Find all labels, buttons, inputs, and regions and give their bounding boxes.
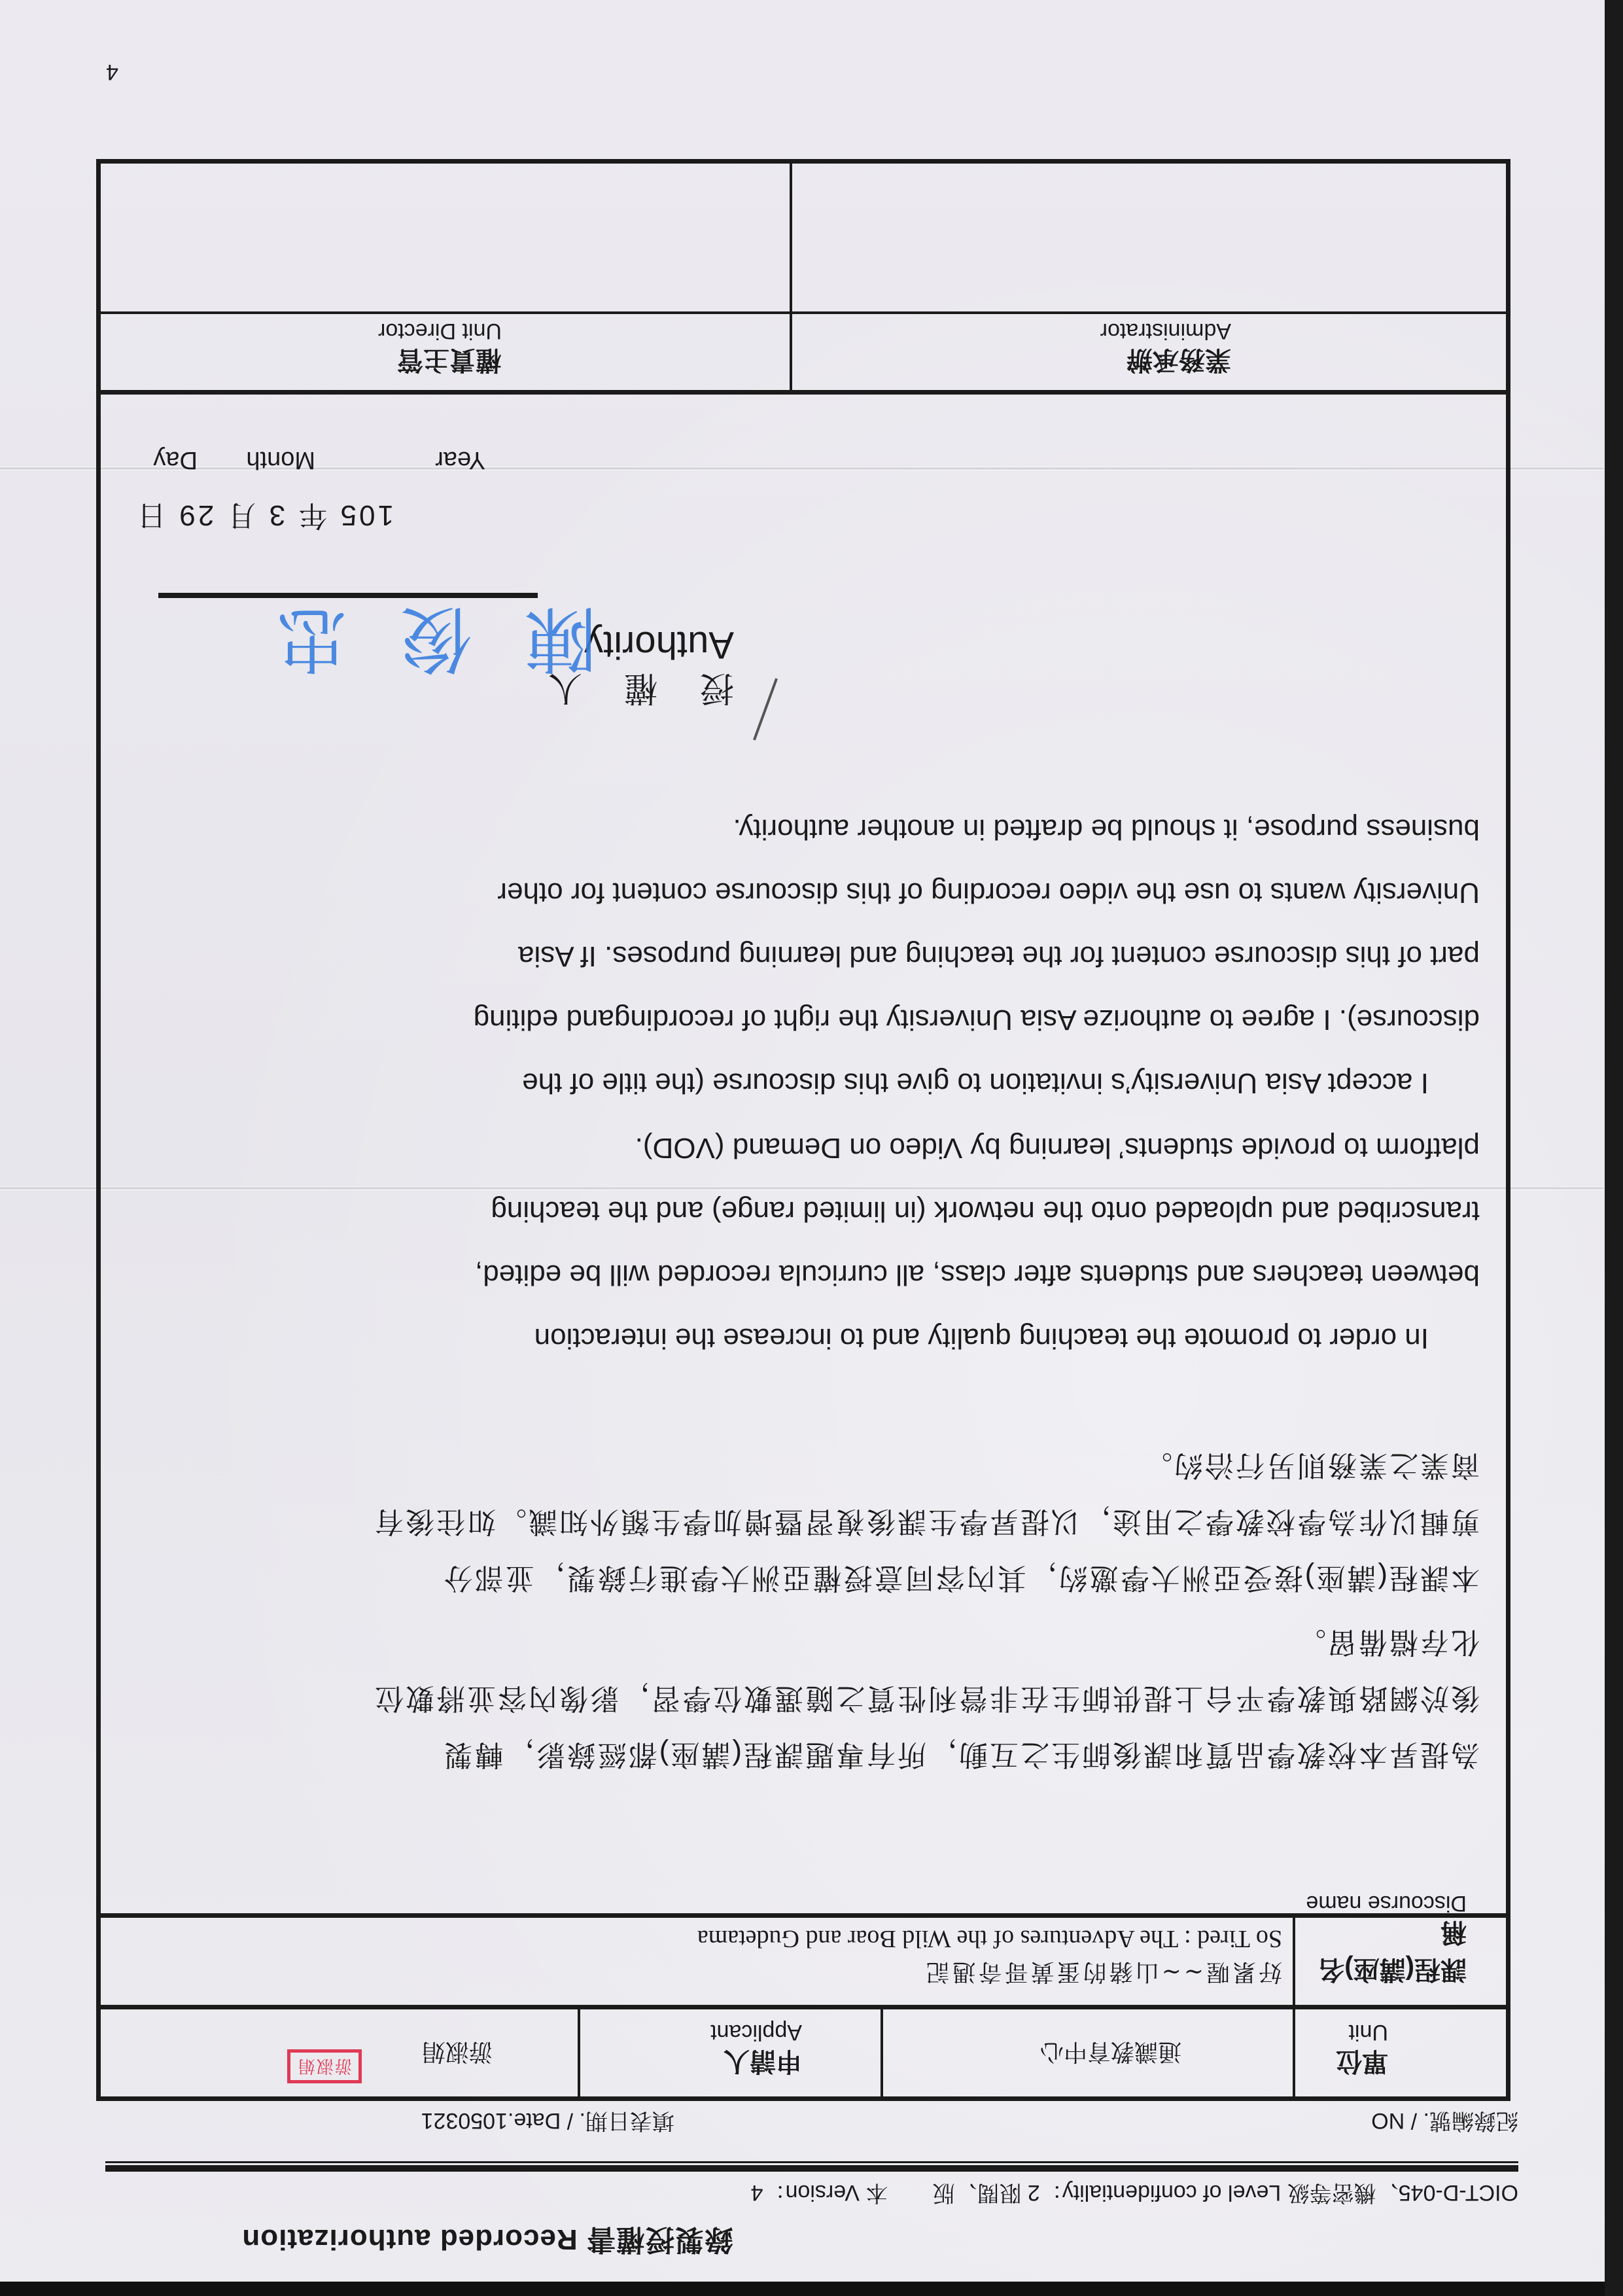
month-label: Month	[246, 446, 315, 474]
discourse-row: 課程(講座)名稱 Discourse name 好累喔~~山豬的蛋黃哥奇遇記 S…	[101, 1913, 1506, 2005]
signature-line	[158, 593, 538, 598]
chinese-paragraph-1: 為提昇本校教學品質和課後師生之互動，所有專題課程(講座)都經錄影，轉製 後於網路…	[132, 1614, 1480, 1782]
text-line: discourse). I agree to authorize Asia Un…	[132, 988, 1480, 1051]
year-label: Year	[435, 446, 485, 474]
unit-value-cell: 通識教育中心	[881, 2009, 1293, 2096]
text-line: 後於網路與教學平台上提供師生在非營利性質之隨選數位學習，影像內容並將數位	[132, 1670, 1480, 1726]
fill-date: 填表日期. / Date.1050321	[421, 2107, 674, 2139]
administrator-cell: 業務承辦 Administrator	[790, 314, 1506, 390]
chinese-paragraph-2: 本課程(講座)接受亞洲大學邀約，其內容同意授權亞洲大學進行錄製，並部分 剪輯以作…	[132, 1437, 1480, 1606]
authority-signature: 陳俊忠	[224, 593, 597, 696]
version: 版 本 Version：4	[751, 2180, 955, 2205]
approval-header-row: 業務承辦 Administrator 權責主管 Unit Director	[101, 311, 1506, 390]
applicant-label-en: Applicant	[580, 2019, 802, 2045]
approval-signature-row	[101, 164, 1506, 311]
english-paragraph-2: I accept Asia University’s invitation to…	[132, 798, 1480, 1115]
text-line: 剪輯以作為學校教學之用途，以提昇學生課後複習暨增加學生額外知識。如往後有	[132, 1493, 1480, 1549]
applicant-label-cell: 申請人 Applicant	[578, 2009, 881, 2096]
unit-value: 通識教育中心	[883, 2037, 1181, 2070]
administrator-signature-box	[790, 164, 1506, 311]
unit-label-zh: 單位	[1295, 2045, 1388, 2082]
text-line: between teachers and students after clas…	[132, 1243, 1480, 1307]
text-line: I accept Asia University’s invitation to…	[132, 1051, 1480, 1115]
english-paragraph-1: In order to promote the teaching quality…	[132, 1116, 1480, 1370]
scanner-border	[0, 2282, 1623, 2296]
director-cell: 權責主管 Unit Director	[103, 314, 790, 390]
confidentiality-level: 機密等級 Level of confidentiality：2 限閱	[977, 2180, 1376, 2205]
text-line: transcribed and uploaded onto the networ…	[132, 1180, 1480, 1243]
applicant-label-zh: 申請人	[580, 2045, 802, 2082]
text-line: 商業之業務則另行洽約。	[132, 1437, 1480, 1493]
administrator-label-zh: 業務承辦	[792, 344, 1231, 390]
text-line: University wants to use the video record…	[132, 861, 1480, 925]
pen-mark	[753, 678, 778, 740]
divider	[105, 2161, 1518, 2163]
text-line: platform to provide students’ learning b…	[132, 1116, 1480, 1180]
discourse-value-cell: 好累喔~~山豬的蛋黃哥奇遇記 So Tired : The Adventures…	[102, 1918, 1293, 2005]
authority-date: 105 年 3 月 29 日	[135, 497, 394, 539]
director-label-en: Unit Director	[103, 318, 502, 344]
form-code: OICT-D-045	[1399, 2180, 1518, 2205]
authorization-form-table: 單位 Unit 通識教育中心 申請人 Applicant 游淑娟 游淑娟 課程(…	[96, 159, 1510, 2101]
director-label-zh: 權責主管	[103, 344, 502, 390]
discourse-label-zh: 課程(講座)名稱	[1295, 1916, 1467, 1990]
text-line: 本課程(講座)接受亞洲大學邀約，其內容同意授權亞洲大學進行錄製，並部分	[132, 1549, 1480, 1606]
scanned-document-page: 錄製授權書 Recorded authorization OICT-D-045、…	[0, 0, 1623, 2296]
administrator-label-en: Administrator	[792, 318, 1231, 344]
director-signature-box	[103, 164, 790, 311]
divider	[105, 2165, 1518, 2172]
applicant-name: 游淑娟	[422, 2039, 493, 2066]
record-number-label: 紀錄編號. / NO	[1371, 2107, 1518, 2139]
text-line: part of this discourse content for the t…	[132, 925, 1480, 988]
applicant-value-cell: 游淑娟 游淑娟	[100, 2009, 578, 2096]
text-line: In order to promote the teaching quality…	[132, 1307, 1480, 1370]
unit-applicant-row: 單位 Unit 通識教育中心 申請人 Applicant 游淑娟 游淑娟	[101, 2005, 1506, 2096]
day-label: Day	[153, 446, 198, 474]
unit-label-en: Unit	[1295, 2019, 1388, 2045]
text-line: 化存檔備留。	[132, 1614, 1480, 1670]
applicant-seal-stamp: 游淑娟	[287, 2049, 362, 2083]
page-number: 4	[106, 59, 118, 84]
discourse-name-zh: 好累喔~~山豬的蛋黃哥奇遇記	[102, 1957, 1282, 1990]
document-title: 錄製授權書 Recorded authorization	[241, 2221, 733, 2263]
separator: 、	[954, 2180, 977, 2205]
separator: 、	[1376, 2180, 1399, 2205]
authorization-body-row: 為提昇本校教學品質和課後師生之互動，所有專題課程(講座)都經錄影，轉製 後於網路…	[101, 390, 1506, 1913]
text-line: 為提昇本校教學品質和課後師生之互動，所有專題課程(講座)都經錄影，轉製	[132, 1726, 1480, 1782]
form-meta: OICT-D-045、機密等級 Level of confidentiality…	[112, 2179, 1518, 2211]
text-line: business purpose, it should be drafted i…	[132, 798, 1480, 861]
discourse-label-cell: 課程(講座)名稱 Discourse name	[1293, 1918, 1506, 2005]
scanner-border	[1605, 0, 1623, 2296]
discourse-name-en: So Tired : The Adventures of the Wild Bo…	[102, 1924, 1282, 1953]
unit-label-cell: 單位 Unit	[1293, 2009, 1506, 2096]
